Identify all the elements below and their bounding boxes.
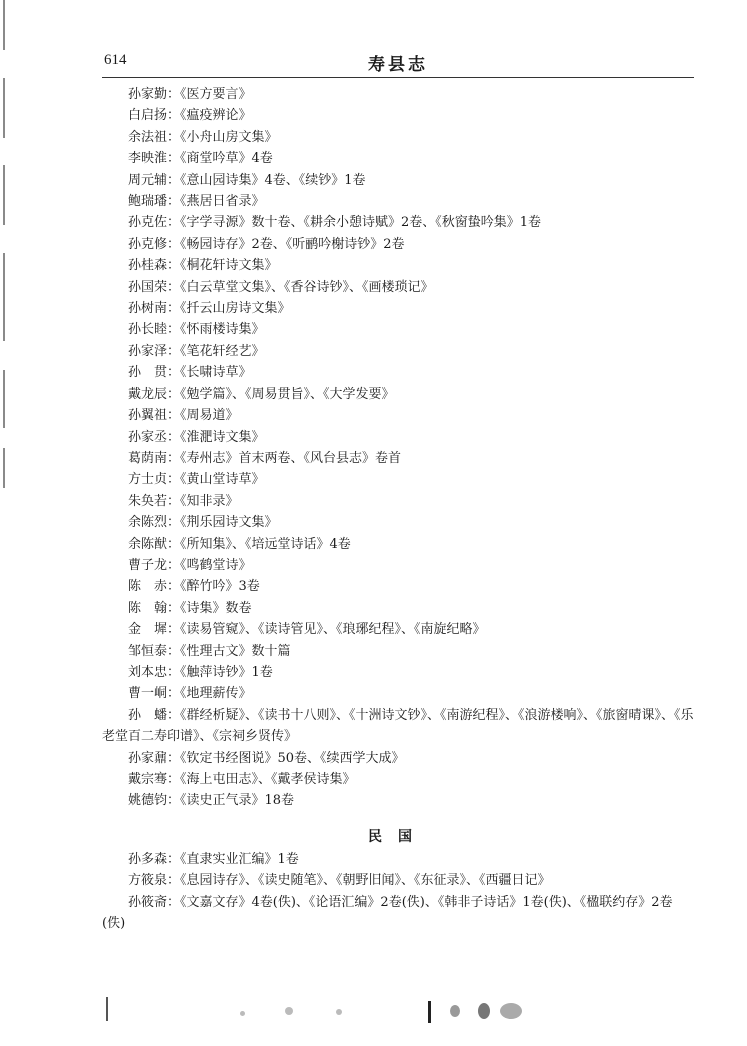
entry-author: 孙家丞 [128,430,167,445]
bibliography-entry: 周元辅：《意山园诗集》4卷、《续钞》1卷 [102,170,694,191]
bibliography-entry: 刘本忠：《触萍诗钞》1卷 [102,662,694,683]
entry-author: 方士贞 [128,472,167,487]
entry-author: 朱奂若 [128,494,167,509]
bibliography-entry: 孙树南：《扦云山房诗文集》 [102,298,694,319]
entry-author: 曹子龙 [128,558,167,573]
entry-author: 金 墀 [128,622,167,637]
scan-edge-mark [3,78,5,138]
entry-author: 孙家勤 [128,87,167,102]
bibliography-entry: 方士贞：《黄山堂诗草》 [102,469,694,490]
bibliography-entry: 曹一峒：《地理薪传》 [102,683,694,704]
entry-author: 刘本忠 [128,665,167,680]
entry-works: ：《鸣鹤堂诗》 [167,558,252,573]
entry-author: 余陈烈 [128,515,167,530]
bibliography-entry: 孙国荣：《白云草堂文集》、《香谷诗钞》、《画楼琐记》 [102,277,694,298]
entry-author: 孙克佐 [128,215,167,230]
entry-author: 方筱泉 [128,873,167,888]
entry-author: 余法祖 [128,130,167,145]
entry-author: 姚德钧 [128,793,167,808]
entry-author: 李映淮 [128,151,167,166]
bibliography-entry: 戴宗骞：《海上屯田志》、《戴孝侯诗集》 [102,769,694,790]
bibliography-entry: 孙 贯：《长啸诗草》 [102,362,694,383]
bibliography-entry: 葛荫南：《寿州志》首末两卷、《风台县志》卷首 [102,448,694,469]
scan-edge-mark [3,0,5,50]
bibliography-entry: 孙克修：《畅园诗存》2卷、《听鹂吟榭诗钞》2卷 [102,234,694,255]
bibliography-entry: 朱奂若：《知非录》 [102,491,694,512]
entry-works: ：《医方要言》 [167,87,252,102]
bibliography-entry: 戴龙辰：《勉学篇》、《周易贯旨》、《大学发要》 [102,384,694,405]
entry-works: ：《桐花轩诗文集》 [167,258,278,273]
scan-edge-mark [3,165,5,225]
entry-author: 孙 贯 [128,365,167,380]
bibliography-entry: 孙家鼐：《钦定书经图说》50卷、《续西学大成》 [102,748,694,769]
bibliography-entry: 余陈猷：《所知集》、《培远堂诗话》4卷 [102,534,694,555]
bibliography-entry: 曹子龙：《鸣鹤堂诗》 [102,555,694,576]
entry-works: ：《寿州志》首末两卷、《风台县志》卷首 [167,451,401,466]
section-heading-minguo: 民国 [102,825,694,849]
page-header: 614 寿县志 [102,50,694,76]
bibliography-entry: 孙克佐：《字学寻源》数十卷、《耕余小憩诗赋》2卷、《秋窗蛰吟集》1卷 [102,212,694,233]
scan-edge-mark [3,253,5,341]
bibliography-entry: 孙家泽：《笔花轩经艺》 [102,341,694,362]
bibliography-entry: 孙翼祖：《周易道》 [102,405,694,426]
bibliography-entry: 孙长睦：《怀雨楼诗集》 [102,319,694,340]
entry-works: ：《勉学篇》、《周易贯旨》、《大学发要》 [167,387,395,402]
bibliography-entry: 孙家勤：《医方要言》 [102,84,694,105]
entry-author: 陈 翰 [128,601,167,616]
entry-author: 戴宗骞 [128,772,167,787]
bibliography-entry: 孙桂森：《桐花轩诗文集》 [102,255,694,276]
entry-author: 鲍瑞璠 [128,194,167,209]
entry-author: 邹恒泰 [128,644,167,659]
entry-works: ：《息园诗存》、《读史随笔》、《朝野旧闻》、《东征录》、《西疆日记》 [167,873,551,888]
entry-works: ：《小舟山房文集》 [167,130,278,145]
entry-author: 孙树南 [128,301,167,316]
entry-works: ：《瘟疫辨论》 [167,108,252,123]
entry-works: ：《畅园诗存》2卷、《听鹂吟榭诗钞》2卷 [167,237,405,252]
entry-works: ：《知非录》 [167,494,239,509]
bibliography-entry: 陈 翰：《诗集》数卷 [102,598,694,619]
bibliography-entry: 金 墀：《读易管窥》、《读诗管见》、《琅琊纪程》、《南旋纪略》 [102,619,694,640]
entry-author: 孙翼祖 [128,408,167,423]
entry-works: ：《文嘉文存》4卷(佚)、《论语汇编》2卷(佚)、《韩非子诗话》1卷(佚)、《楹… [102,895,673,931]
entry-author: 孙家泽 [128,344,167,359]
entry-works: ：《醉竹吟》3卷 [167,579,260,594]
entry-author: 戴龙辰 [128,387,167,402]
entry-works: ：《意山园诗集》4卷、《续钞》1卷 [167,173,366,188]
page-title: 寿县志 [102,50,694,75]
bibliography-entry: 姚德钧：《读史正气录》18卷 [102,790,694,811]
entry-works: ：《诗集》数卷 [167,601,252,616]
bibliography-entry: 鲍瑞璠：《燕居日省录》 [102,191,694,212]
entry-author: 孙桂森 [128,258,167,273]
entry-author: 孙筱斋 [128,895,167,910]
bibliography-entry: 白启扬：《瘟疫辨论》 [102,105,694,126]
entry-works: ：《所知集》、《培远堂诗话》4卷 [167,537,351,552]
entry-works: ：《读史正气录》18卷 [167,793,294,808]
bibliography-entry: 方筱泉：《息园诗存》、《读史随笔》、《朝野旧闻》、《东征录》、《西疆日记》 [102,870,694,891]
entry-author: 周元辅 [128,173,167,188]
entry-works: ：《长啸诗草》 [167,365,252,380]
entry-author: 白启扬 [128,108,167,123]
entry-works: ：《群经析疑》、《读书十八则》、《十洲诗文钞》、《南游纪程》、《浪游楼响》、《旅… [102,708,694,744]
entry-author: 曹一峒 [128,686,167,701]
entry-works: ：《钦定书经图说》50卷、《续西学大成》 [167,751,405,766]
entry-works: ：《周易道》 [167,408,239,423]
entry-works: ：《直隶实业汇编》1卷 [167,852,299,867]
entry-works: ：《商堂吟草》4卷 [167,151,273,166]
entry-author: 陈 赤 [128,579,167,594]
bibliography-entry: 孙家丞：《淮淝诗文集》 [102,427,694,448]
scan-footer-artifacts [0,995,747,1025]
header-rule [102,77,694,78]
entry-author: 孙多森 [128,852,167,867]
entry-works: ：《地理薪传》 [167,686,252,701]
entry-author: 孙家鼐 [128,751,167,766]
entry-works: ：《淮淝诗文集》 [167,430,265,445]
scan-edge-mark [3,370,5,428]
bibliography-entry: 孙筱斋：《文嘉文存》4卷(佚)、《论语汇编》2卷(佚)、《韩非子诗话》1卷(佚)… [102,892,694,935]
entry-author: 葛荫南 [128,451,167,466]
entry-works: ：《字学寻源》数十卷、《耕余小憩诗赋》2卷、《秋窗蛰吟集》1卷 [167,215,541,230]
entry-author: 孙 蟠 [128,708,167,723]
entry-works: ：《白云草堂文集》、《香谷诗钞》、《画楼琐记》 [167,280,434,295]
bibliography-entry: 孙 蟠：《群经析疑》、《读书十八则》、《十洲诗文钞》、《南游纪程》、《浪游楼响》… [102,705,694,748]
bibliography-entry: 余法祖：《小舟山房文集》 [102,127,694,148]
entry-works: ：《读易管窥》、《读诗管见》、《琅琊纪程》、《南旋纪略》 [167,622,486,637]
entry-author: 孙国荣 [128,280,167,295]
scan-edge-mark [3,448,5,488]
bibliography-entry: 李映淮：《商堂吟草》4卷 [102,148,694,169]
bibliography-entry: 陈 赤：《醉竹吟》3卷 [102,576,694,597]
bibliography-list: 孙家勤：《医方要言》白启扬：《瘟疫辨论》余法祖：《小舟山房文集》李映淮：《商堂吟… [102,84,694,934]
entry-works: ：《荆乐园诗文集》 [167,515,278,530]
entry-works: ：《海上屯田志》、《戴孝侯诗集》 [167,772,356,787]
bibliography-entry: 孙多森：《直隶实业汇编》1卷 [102,849,694,870]
entry-works: ：《触萍诗钞》1卷 [167,665,273,680]
entry-author: 余陈猷 [128,537,167,552]
entry-author: 孙长睦 [128,322,167,337]
entry-works: ：《燕居日省录》 [167,194,265,209]
entry-works: ：《性理古文》数十篇 [167,644,291,659]
entry-works: ：《怀雨楼诗集》 [167,322,265,337]
entry-works: ：《笔花轩经艺》 [167,344,265,359]
entry-author: 孙克修 [128,237,167,252]
entry-works: ：《黄山堂诗草》 [167,472,265,487]
bibliography-entry: 余陈烈：《荆乐园诗文集》 [102,512,694,533]
bibliography-entry: 邹恒泰：《性理古文》数十篇 [102,641,694,662]
entry-works: ：《扦云山房诗文集》 [167,301,291,316]
